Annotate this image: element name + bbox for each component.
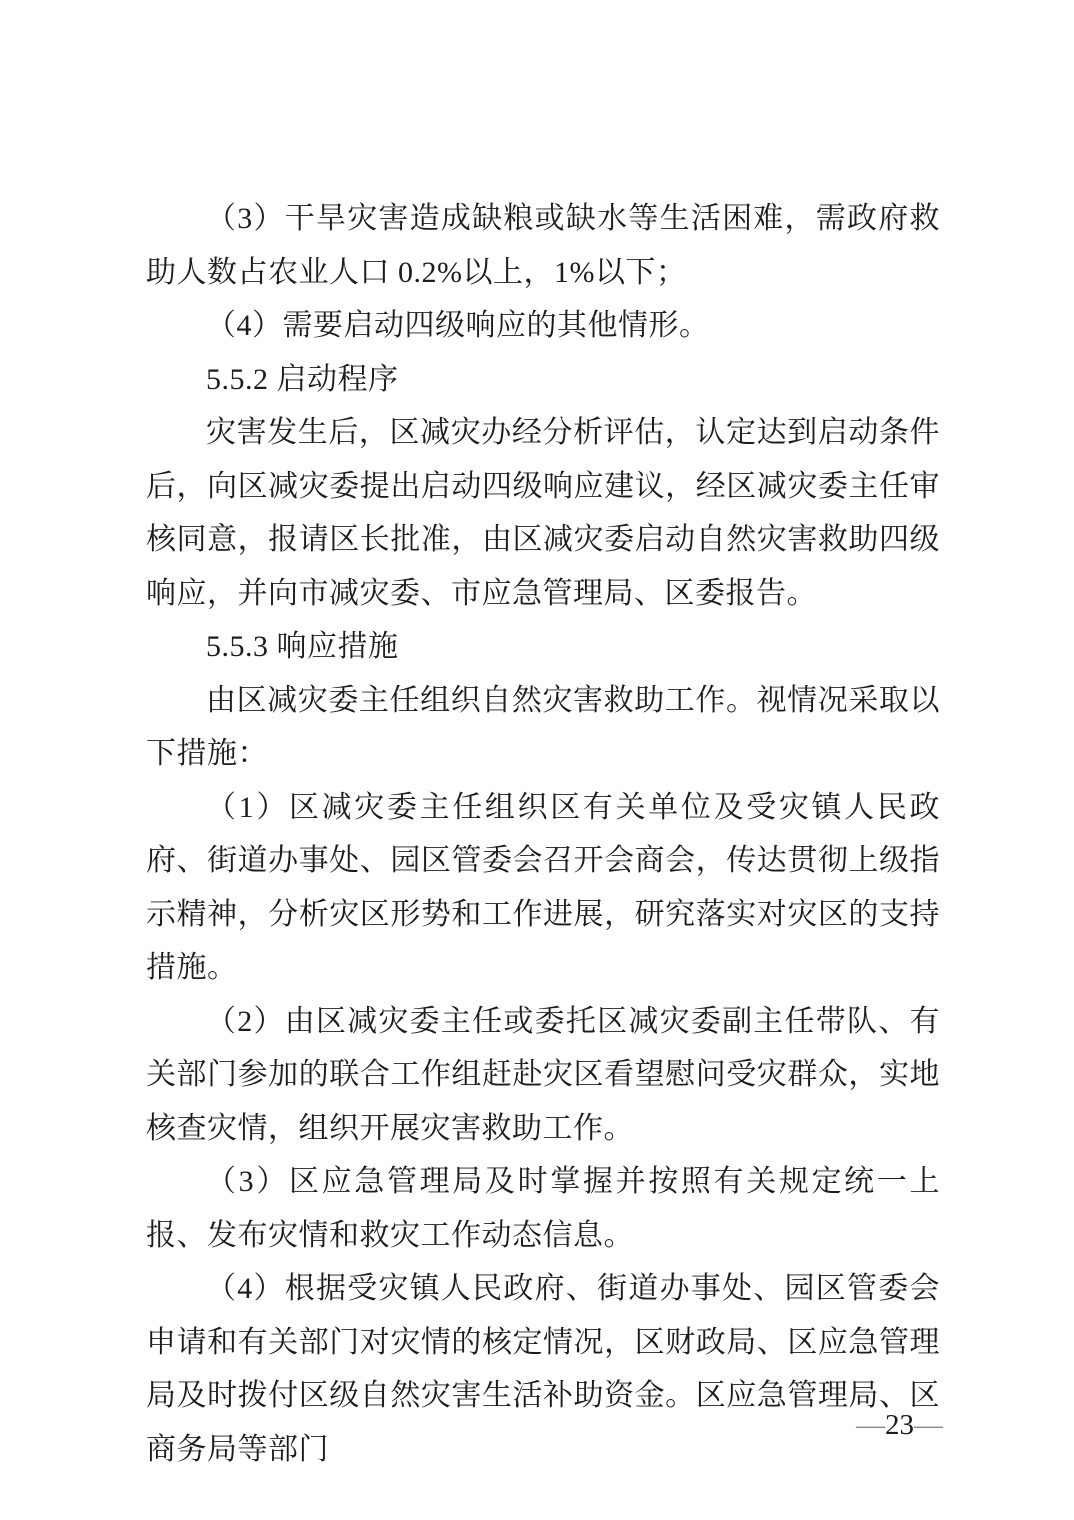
paragraph-measure-4: （4）根据受灾镇人民政府、街道办事处、园区管委会申请和有关部门对灾情的核定情况，… [146, 1262, 940, 1476]
page-number-dash-right: — [914, 1409, 943, 1441]
page-number: —23— [856, 1408, 943, 1442]
paragraph-item-4-other: （4）需要启动四级响应的其他情形。 [146, 299, 940, 353]
document-body: （3）干旱灾害造成缺粮或缺水等生活困难，需政府救助人数占农业人口 0.2%以上，… [146, 192, 940, 1476]
paragraph-response-measures-intro: 由区减灾委主任组织自然灾害救助工作。视情况采取以下措施： [146, 674, 940, 781]
page-number-dash-left: — [856, 1409, 885, 1441]
paragraph-measure-3: （3）区应急管理局及时掌握并按照有关规定统一上报、发布灾情和救灾工作动态信息。 [146, 1155, 940, 1262]
paragraph-measure-2: （2）由区减灾委主任或委托区减灾委副主任带队、有关部门参加的联合工作组赶赴灾区看… [146, 995, 940, 1156]
page-number-value: 23 [885, 1409, 914, 1441]
section-heading-5-5-2: 5.5.2 启动程序 [146, 353, 940, 407]
paragraph-item-3-drought: （3）干旱灾害造成缺粮或缺水等生活困难，需政府救助人数占农业人口 0.2%以上，… [146, 192, 940, 299]
section-heading-5-5-3: 5.5.3 响应措施 [146, 620, 940, 674]
paragraph-startup-procedure: 灾害发生后，区减灾办经分析评估，认定达到启动条件后，向区减灾委提出启动四级响应建… [146, 406, 940, 620]
document-page: （3）干旱灾害造成缺粮或缺水等生活困难，需政府救助人数占农业人口 0.2%以上，… [0, 0, 1074, 1520]
paragraph-measure-1: （1）区减灾委主任组织区有关单位及受灾镇人民政府、街道办事处、园区管委会召开会商… [146, 781, 940, 995]
